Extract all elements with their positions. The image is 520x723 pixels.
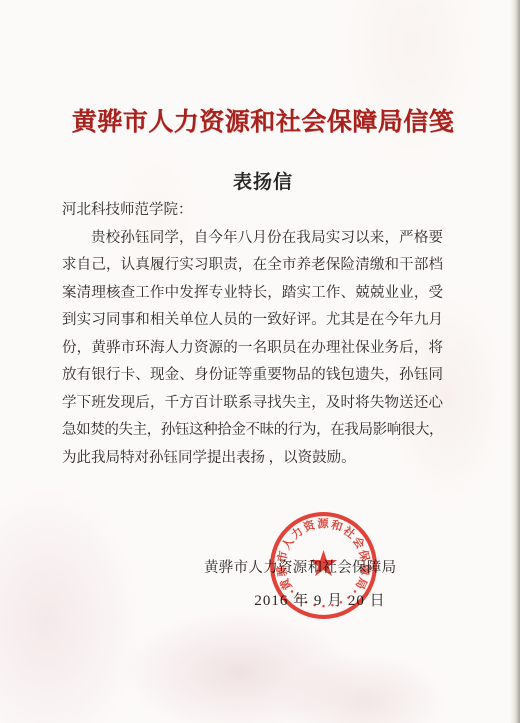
seal-serial-dots bbox=[291, 590, 356, 607]
official-seal: 黄骅市人力资源和社会保障局 bbox=[269, 511, 378, 620]
letterhead-title: 黄骅市人力资源和社会保障局信笺 bbox=[3, 102, 520, 138]
letter-title: 表扬信 bbox=[3, 167, 520, 194]
body-line: 到实习同事和相关单位人员的一致好评。尤其是在今年九月 bbox=[62, 307, 443, 335]
body-line: 求自己，认真履行实习职责，在全市养老保险清缴和干部档 bbox=[62, 252, 443, 280]
salutation: 河北科技师范学院： bbox=[62, 197, 443, 225]
scanned-letter-page: 黄骅市人力资源和社会保障局信笺 表扬信 河北科技师范学院： 贵校孙钰同学，自今年… bbox=[0, 0, 520, 723]
body-line: 为此我局特对孙钰同学提出表扬 ，以资鼓励。 bbox=[62, 445, 443, 473]
body-line: 贵校孙钰同学，自今年八月份在我局实习以来，严格要 bbox=[62, 225, 443, 253]
body-line: 案清理核查工作中发挥专业特长，踏实工作、兢兢业业，受 bbox=[62, 280, 443, 308]
scan-edge-shadow bbox=[510, 0, 520, 723]
body-line: 放有银行卡、现金、身份证等重要物品的钱包遗失，孙钰同 bbox=[62, 362, 443, 390]
body-line: 学下班发现后，千方百计联系寻找失主，及时将失物送还心 bbox=[62, 390, 443, 418]
letter-body: 河北科技师范学院： 贵校孙钰同学，自今年八月份在我局实习以来，严格要 求自己，认… bbox=[62, 197, 443, 472]
body-line: 份，黄骅市环海人力资源的一名职员在办理社保业务后，将 bbox=[62, 335, 443, 363]
star-icon bbox=[310, 550, 337, 576]
body-line: 急如焚的失主，孙钰这种拾金不昧的行为，在我局影响很大， bbox=[62, 417, 443, 445]
